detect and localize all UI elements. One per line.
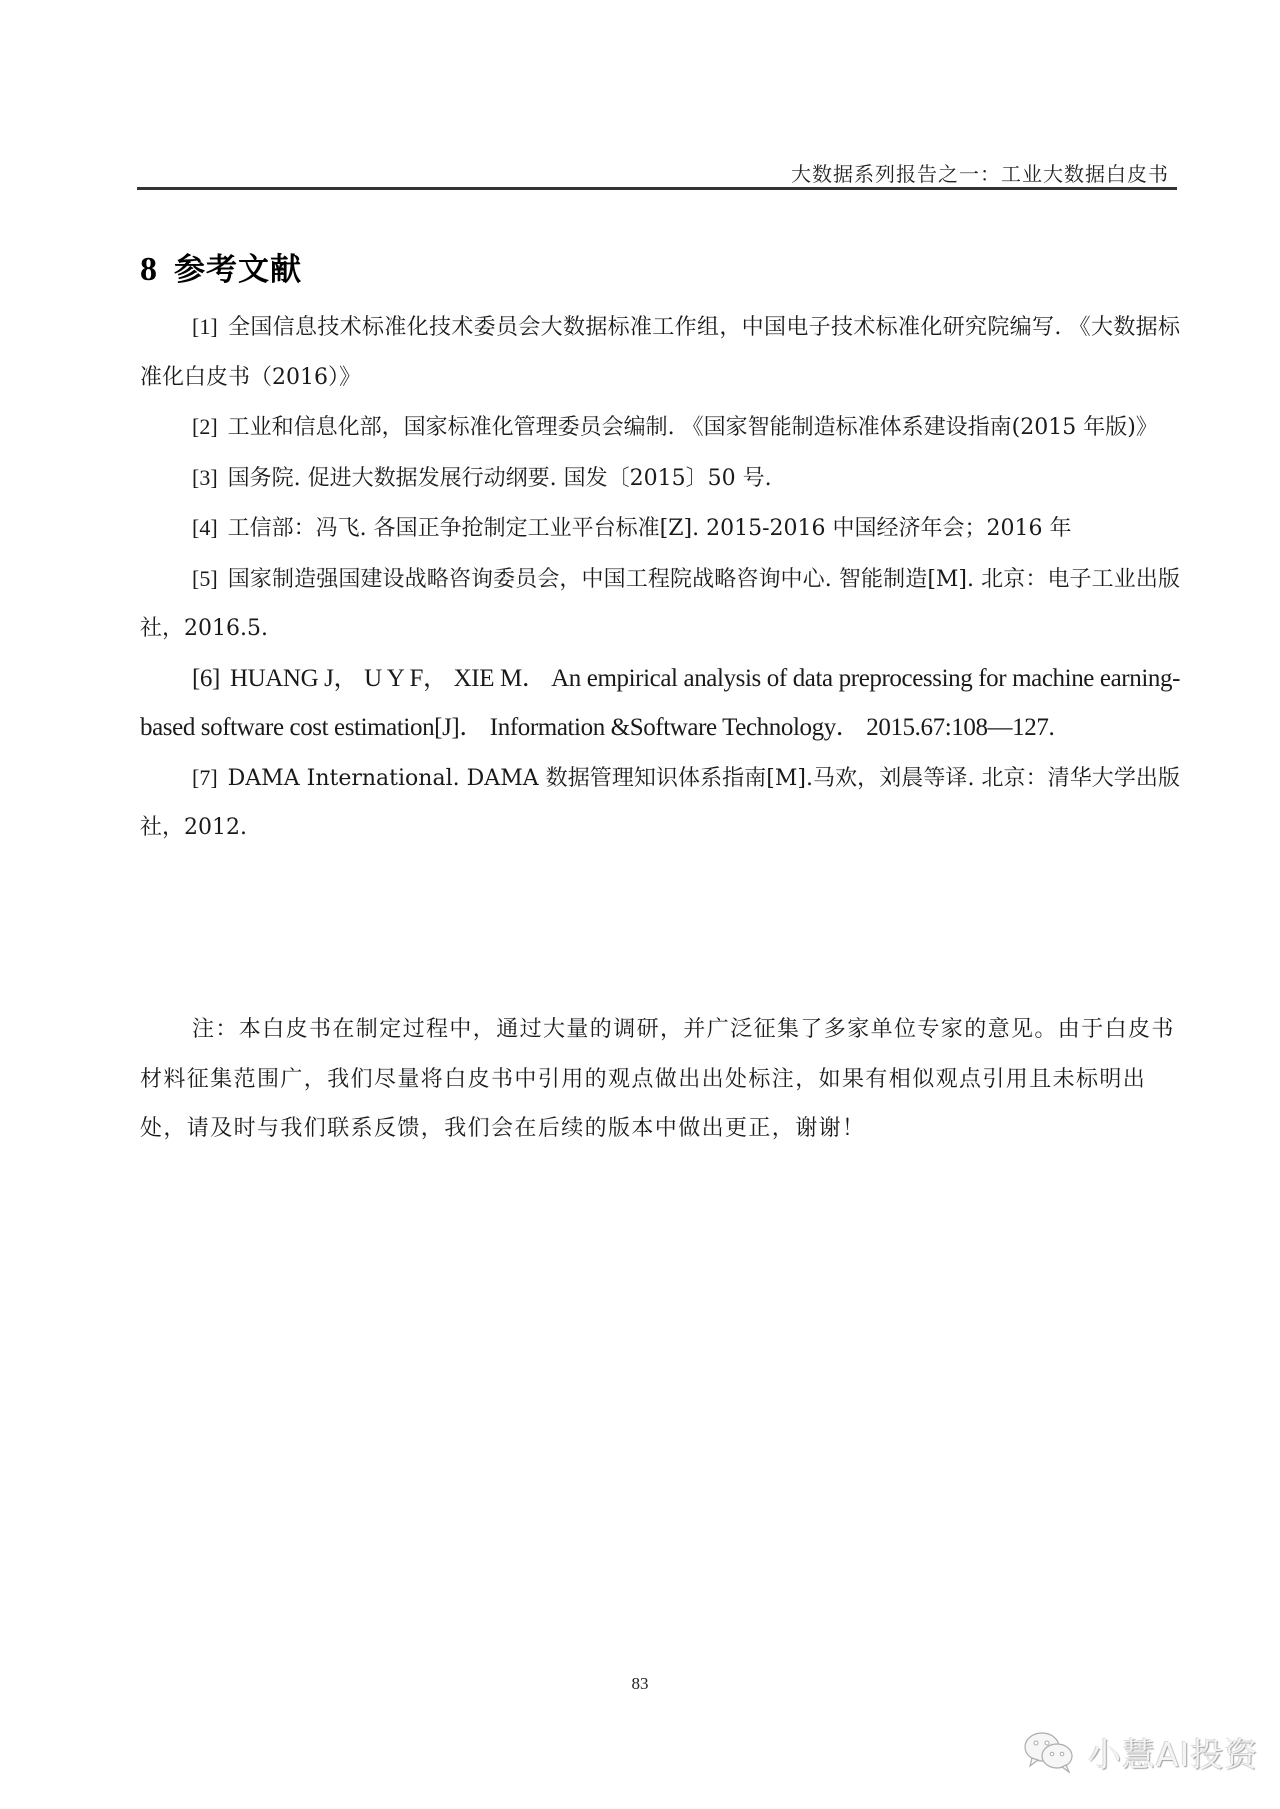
- reference-text: HUANG J， U Y F， XIE M． An empirical anal…: [140, 665, 1180, 742]
- reference-item: [5]国家制造强国建设战略咨询委员会，中国工程院战略咨询中心. 智能制造[M].…: [140, 554, 1180, 654]
- reference-list: [1]全国信息技术标准化技术委员会大数据标准工作组，中国电子技术标准化研究院编写…: [140, 302, 1180, 853]
- reference-text: 国家制造强国建设战略咨询委员会，中国工程院战略咨询中心. 智能制造[M]. 北京…: [140, 567, 1180, 642]
- reference-tag: [5]: [192, 566, 218, 591]
- watermark: 小慧AI投资: [1022, 1728, 1258, 1776]
- reference-text: 国务院. 促进大数据发展行动纲要. 国发〔2015〕50 号.: [228, 466, 772, 491]
- reference-text: 工信部：冯飞. 各国正争抢制定工业平台标准[Z]. 2015-2016 中国经济…: [228, 516, 1072, 541]
- reference-item: [7]DAMA International. DAMA 数据管理知识体系指南[M…: [140, 753, 1180, 853]
- reference-item: [1]全国信息技术标准化技术委员会大数据标准工作组，中国电子技术标准化研究院编写…: [140, 302, 1180, 402]
- watermark-text: 小慧AI投资: [1088, 1729, 1258, 1776]
- running-header-title: 大数据系列报告之一：工业大数据白皮书: [791, 158, 1169, 187]
- reference-tag: [1]: [192, 314, 218, 339]
- reference-item: [6]HUANG J， U Y F， XIE M． An empirical a…: [140, 654, 1180, 753]
- reference-tag: [7]: [192, 765, 218, 790]
- section-number: 8: [140, 251, 158, 288]
- reference-item: [2]工业和信息化部，国家标准化管理委员会编制. 《国家智能制造标准体系建设指南…: [140, 402, 1180, 453]
- reference-tag: [2]: [192, 414, 218, 439]
- section-title: 参考文献: [174, 252, 302, 288]
- reference-text: 工业和信息化部，国家标准化管理委员会编制. 《国家智能制造标准体系建设指南(20…: [228, 415, 1158, 440]
- reference-text: DAMA International. DAMA 数据管理知识体系指南[M].马…: [140, 766, 1180, 841]
- reference-item: [3]国务院. 促进大数据发展行动纲要. 国发〔2015〕50 号.: [140, 453, 1180, 504]
- reference-item: [4]工信部：冯飞. 各国正争抢制定工业平台标准[Z]. 2015-2016 中…: [140, 503, 1180, 554]
- page-number: 83: [0, 1674, 1280, 1694]
- wechat-icon: [1022, 1730, 1078, 1774]
- disclaimer-note: 注：本白皮书在制定过程中，通过大量的调研，并广泛征集了多家单位专家的意见。由于白…: [140, 1005, 1180, 1154]
- reference-tag: [4]: [192, 515, 218, 540]
- section-heading: 8参考文献: [140, 244, 302, 289]
- reference-text: 全国信息技术标准化技术委员会大数据标准工作组，中国电子技术标准化研究院编写. 《…: [140, 315, 1180, 390]
- running-header: 大数据系列报告之一：工业大数据白皮书: [137, 156, 1177, 190]
- reference-tag: [6]: [192, 665, 220, 692]
- reference-tag: [3]: [192, 465, 218, 490]
